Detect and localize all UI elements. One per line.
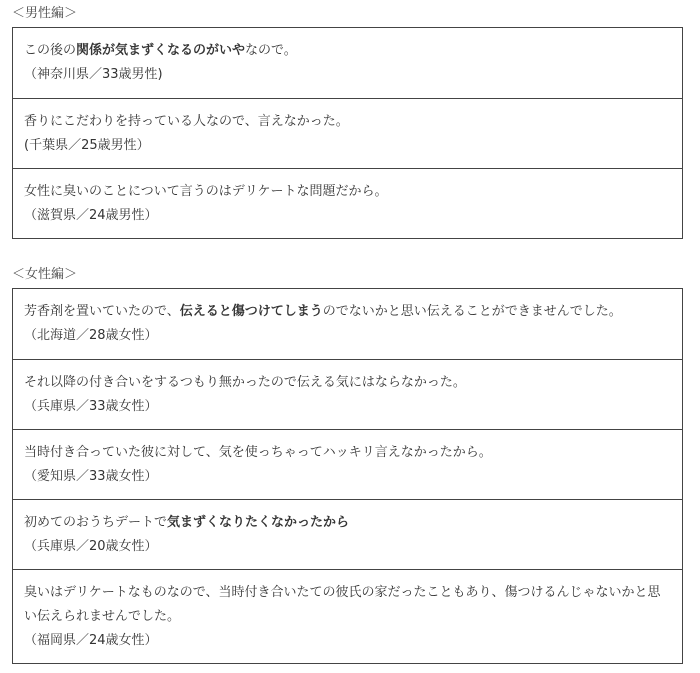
comment-text: 女性に臭いのことについて言うのはデリケートな問題だから。 (24, 180, 671, 204)
comment-text-part: 女性に臭いのことについて言うのはデリケートな問題だから。 (24, 184, 387, 199)
comment-text-part: 当時付き合っていた彼に対して、気を使っちゃってハッキリ言えなかったから。 (24, 445, 492, 460)
comment-text: 初めてのおうちデートで気まずくなりたくなかったから (24, 511, 671, 535)
comment-text-part: のでないかと思い伝えることができませんでした。 (323, 304, 622, 319)
comment-text: 臭いはデリケートなものなので、当時付き合いたての彼氏の家だったこともあり、傷つけ… (24, 581, 671, 629)
comment-row: 香りにこだわりを持っている人なので、言えなかった。 (千葉県／25歳男性） (13, 98, 682, 168)
comment-text: それ以降の付き合いをするつもり無かったので伝える気にはならなかった。 (24, 371, 671, 395)
comment-text: この後の関係が気まずくなるのがいやなので。 (24, 39, 671, 63)
respondent-info: （兵庫県／33歳女性） (24, 395, 671, 419)
respondent-info: （滋賀県／24歳男性） (24, 204, 671, 228)
comment-text-emphasis: 関係が気まずくなるのがいや (76, 43, 245, 58)
respondent-info: （神奈川県／33歳男性) (24, 63, 671, 87)
comment-text-part: なので。 (245, 43, 297, 58)
comment-text-part: それ以降の付き合いをするつもり無かったので伝える気にはならなかった。 (24, 375, 466, 390)
comment-text-part: 臭いはデリケートなものなので、当時付き合いたての彼氏の家だったこともあり、傷つけ… (24, 585, 660, 624)
comment-text-emphasis: 伝えると傷つけてしまう (180, 304, 323, 319)
section-heading-female: ＜女性編＞ (12, 266, 77, 284)
comment-text-part: 香りにこだわりを持っている人なので、言えなかった。 (24, 114, 349, 129)
respondent-info: （兵庫県／20歳女性） (24, 535, 671, 559)
respondent-info: (千葉県／25歳男性） (24, 134, 671, 158)
comment-row: 臭いはデリケートなものなので、当時付き合いたての彼氏の家だったこともあり、傷つけ… (13, 569, 682, 663)
comment-row: 当時付き合っていた彼に対して、気を使っちゃってハッキリ言えなかったから。 （愛知… (13, 429, 682, 499)
comment-text: 当時付き合っていた彼に対して、気を使っちゃってハッキリ言えなかったから。 (24, 441, 671, 465)
comment-box-female: 芳香剤を置いていたので、伝えると傷つけてしまうのでないかと思い伝えることができま… (12, 288, 683, 664)
section-heading-male: ＜男性編＞ (12, 5, 77, 23)
comment-row: 芳香剤を置いていたので、伝えると傷つけてしまうのでないかと思い伝えることができま… (13, 289, 682, 359)
comment-text-emphasis: 気まずくなりたくなかったから (167, 515, 349, 530)
comment-box-male: この後の関係が気まずくなるのがいやなので。 （神奈川県／33歳男性) 香りにこだ… (12, 27, 683, 239)
comment-text-part: 芳香剤を置いていたので、 (24, 304, 180, 319)
comment-text-part: この後の (24, 43, 76, 58)
comment-text: 香りにこだわりを持っている人なので、言えなかった。 (24, 110, 671, 134)
comment-row: 初めてのおうちデートで気まずくなりたくなかったから （兵庫県／20歳女性） (13, 499, 682, 569)
comment-text-part: 初めてのおうちデートで (24, 515, 167, 530)
comment-row: この後の関係が気まずくなるのがいやなので。 （神奈川県／33歳男性) (13, 28, 682, 98)
comment-row: 女性に臭いのことについて言うのはデリケートな問題だから。 （滋賀県／24歳男性） (13, 168, 682, 238)
comment-text: 芳香剤を置いていたので、伝えると傷つけてしまうのでないかと思い伝えることができま… (24, 300, 671, 324)
respondent-info: （北海道／28歳女性） (24, 324, 671, 348)
comment-row: それ以降の付き合いをするつもり無かったので伝える気にはならなかった。 （兵庫県／… (13, 359, 682, 429)
respondent-info: （愛知県／33歳女性） (24, 465, 671, 489)
respondent-info: （福岡県／24歳女性） (24, 629, 671, 653)
